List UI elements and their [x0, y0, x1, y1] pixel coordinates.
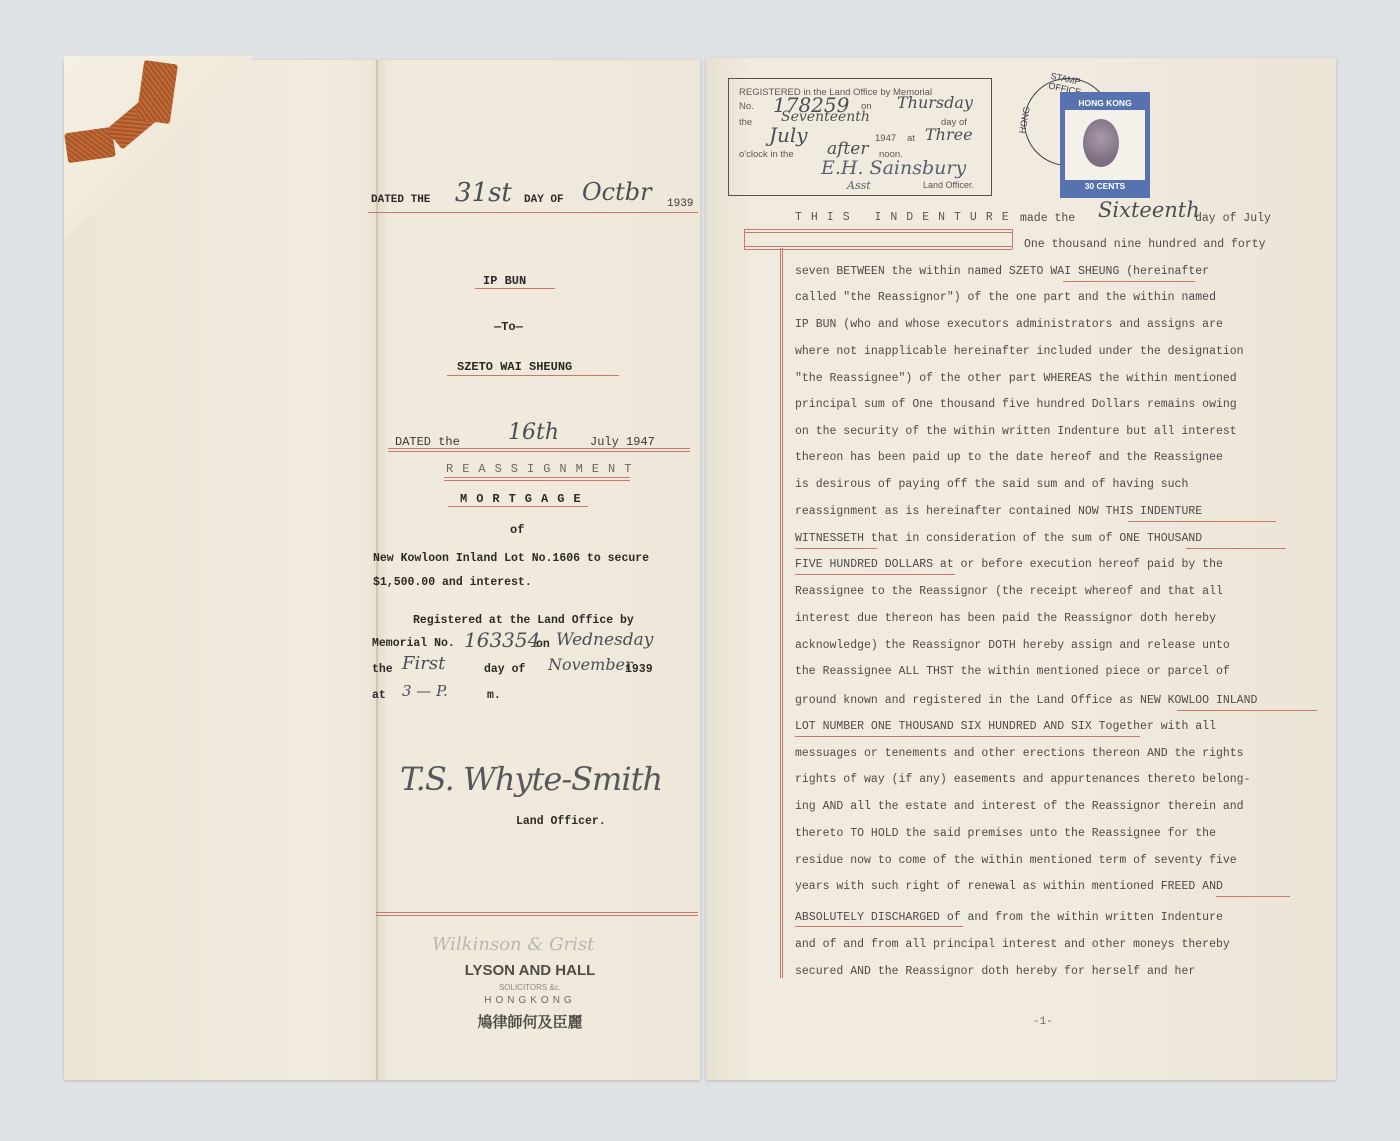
indenture-line: reassignment as is hereinafter contained… [795, 505, 1202, 518]
indenture-line: "the Reassignee") of the other part WHER… [795, 372, 1237, 385]
land-officer-signature: T.S. Whyte-Smith [400, 760, 662, 798]
indenture-line: interest due thereon has been paid the R… [795, 612, 1216, 625]
indenture-line: thereto TO HOLD the said premises unto t… [795, 827, 1216, 840]
indenture-line: thereon has been paid up to the date her… [795, 451, 1223, 464]
reg-month: July [769, 123, 808, 147]
margin-rule [744, 246, 1012, 250]
to-label: —To— [494, 320, 523, 334]
indenture-line: Reassignee to the Reassignor (the receip… [795, 585, 1223, 598]
registration-m: m. [487, 689, 501, 702]
rule [475, 288, 555, 289]
indenture-line: is desirous of paying off the said sum a… [795, 478, 1188, 491]
solicitor-chinese: 鳩律師何及臣麗 [420, 1011, 640, 1032]
registration-day-of: day of [484, 663, 525, 676]
reg-the-label: the [739, 117, 752, 128]
dated-year: 1939 [667, 198, 693, 210]
registration-line-1: Registered at the Land Office by [413, 614, 634, 627]
title-reassignment: REASSIGNMENT [446, 462, 640, 476]
margin-rule [780, 248, 783, 978]
of-label: of [510, 523, 524, 537]
indenture-day-of: day of July [1195, 212, 1271, 225]
revenue-stamp: HONG KONG 30 CENTS [1060, 92, 1150, 198]
underline [1216, 896, 1290, 897]
title-mortgage: MORTGAGE [460, 492, 590, 506]
dated-mid: DAY OF [524, 194, 564, 206]
indenture-made-the: made the [1020, 212, 1075, 225]
signature-title: Land Officer. [516, 815, 606, 828]
king-portrait-icon [1083, 119, 1119, 167]
indenture-line: the Reassignee ALL THST the within menti… [795, 665, 1230, 678]
stamp-country: HONG KONG [1065, 97, 1145, 110]
indenture-line: principal sum of One thousand five hundr… [795, 398, 1237, 411]
underline [1063, 281, 1195, 282]
indenture-line: IP BUN (who and whose executors administ… [795, 318, 1223, 331]
dated-month: Octbr [582, 178, 652, 206]
reg-oclock-label: o'clock in the [739, 149, 794, 160]
registration-on: on [536, 638, 550, 651]
indenture-line: years with such right of renewal as with… [795, 880, 1223, 893]
underline [1128, 521, 1276, 522]
indenture-line: messuages or tenements and other erectio… [795, 747, 1244, 760]
indenture-line: and of and from all principal interest a… [795, 938, 1230, 951]
indenture-heading: THIS INDENTURE [795, 211, 1018, 224]
indenture-line: ABSOLUTELY DISCHARGED of and from the wi… [795, 911, 1223, 924]
underline [1177, 710, 1317, 711]
underline [795, 574, 955, 575]
page-number: -1- [1033, 1016, 1053, 1028]
underline [795, 926, 963, 927]
registration-weekday: Wednesday [556, 630, 653, 650]
rule [447, 375, 619, 376]
indenture-line: One thousand nine hundred and forty [1024, 238, 1266, 251]
reg-period: after [827, 139, 868, 159]
indenture-day-word: Sixteenth [1098, 198, 1200, 222]
registration-year: 1939 [625, 663, 653, 676]
property-line-1: New Kowloon Inland Lot No.1606 to secure [373, 552, 649, 565]
registration-box: REGISTERED in the Land Office by Memoria… [728, 78, 992, 196]
indenture-line: called "the Reassignor") of the one part… [795, 291, 1216, 304]
registration-month: November [548, 655, 633, 674]
registration-memorial-no: 163354 [464, 628, 540, 652]
indenture-line: secured AND the Reassignor doth hereby f… [795, 965, 1195, 978]
indenture-line: on the security of the within written In… [795, 425, 1237, 438]
indenture-line: where not inapplicable hereinafter inclu… [795, 345, 1244, 358]
indenture-line: ground known and registered in the Land … [795, 694, 1257, 707]
dated-prefix: DATED THE [371, 194, 430, 206]
property-line-2: $1,500.00 and interest. [373, 576, 532, 589]
reg-signature: E.H. Sainsbury [821, 157, 966, 179]
reg-no-label: No. [739, 101, 754, 112]
reassign-day: 16th [508, 420, 559, 445]
reassign-month-year: July 1947 [590, 435, 655, 449]
solicitor-name: LYSON AND HALL [420, 962, 640, 979]
party-to: SZETO WAI SHEUNG [457, 360, 572, 374]
reg-weekday: Thursday [897, 93, 973, 112]
fold-line [376, 60, 378, 1080]
registration-the: the [372, 663, 393, 676]
registration-memorial-prefix: Memorial No. [372, 637, 455, 650]
margin-rule [744, 229, 745, 249]
indenture-line: seven BETWEEN the within named SZETO WAI… [795, 265, 1209, 278]
indenture-line: LOT NUMBER ONE THOUSAND SIX HUNDRED AND … [795, 720, 1216, 733]
solicitor-signature: Wilkinson & Grist [432, 934, 594, 955]
solicitor-city: HONGKONG [420, 995, 640, 1006]
rule [448, 506, 588, 507]
indenture-line: residue now to come of the within mentio… [795, 854, 1237, 867]
registration-at: at [372, 689, 386, 702]
underline [795, 736, 1140, 737]
rule [376, 912, 698, 916]
solicitor-sub: SOLICITORS &c. [420, 983, 640, 992]
stamp-value: 30 CENTS [1065, 180, 1145, 193]
dated-day: 31st [455, 178, 512, 208]
indenture-line: WITNESSETH that in consideration of the … [795, 532, 1202, 545]
indenture-line: FIVE HUNDRED DOLLARS at or before execut… [795, 558, 1223, 571]
rule [444, 477, 630, 481]
reg-officer-label: Land Officer. [923, 180, 974, 190]
reg-signature-note: Asst [847, 179, 871, 192]
reg-year: 1947 [875, 133, 896, 144]
cover-sheet [64, 60, 700, 1080]
reassign-dated-prefix: DATED the [395, 435, 460, 449]
reg-hour: Three [925, 125, 973, 144]
reg-at-label: at [907, 133, 915, 144]
indenture-line: rights of way (if any) easements and app… [795, 773, 1250, 786]
rule [368, 212, 698, 213]
indenture-line: acknowledge) the Reassignor DOTH hereby … [795, 639, 1230, 652]
registration-day: First [402, 653, 445, 674]
margin-rule [1012, 229, 1013, 249]
party-from: IP BUN [483, 274, 526, 288]
registration-time: 3 — P. [402, 682, 448, 700]
rule [388, 448, 690, 452]
underline [1186, 548, 1286, 549]
margin-rule [744, 229, 1012, 233]
indenture-line: ing AND all the estate and interest of t… [795, 800, 1244, 813]
underline [795, 548, 877, 549]
